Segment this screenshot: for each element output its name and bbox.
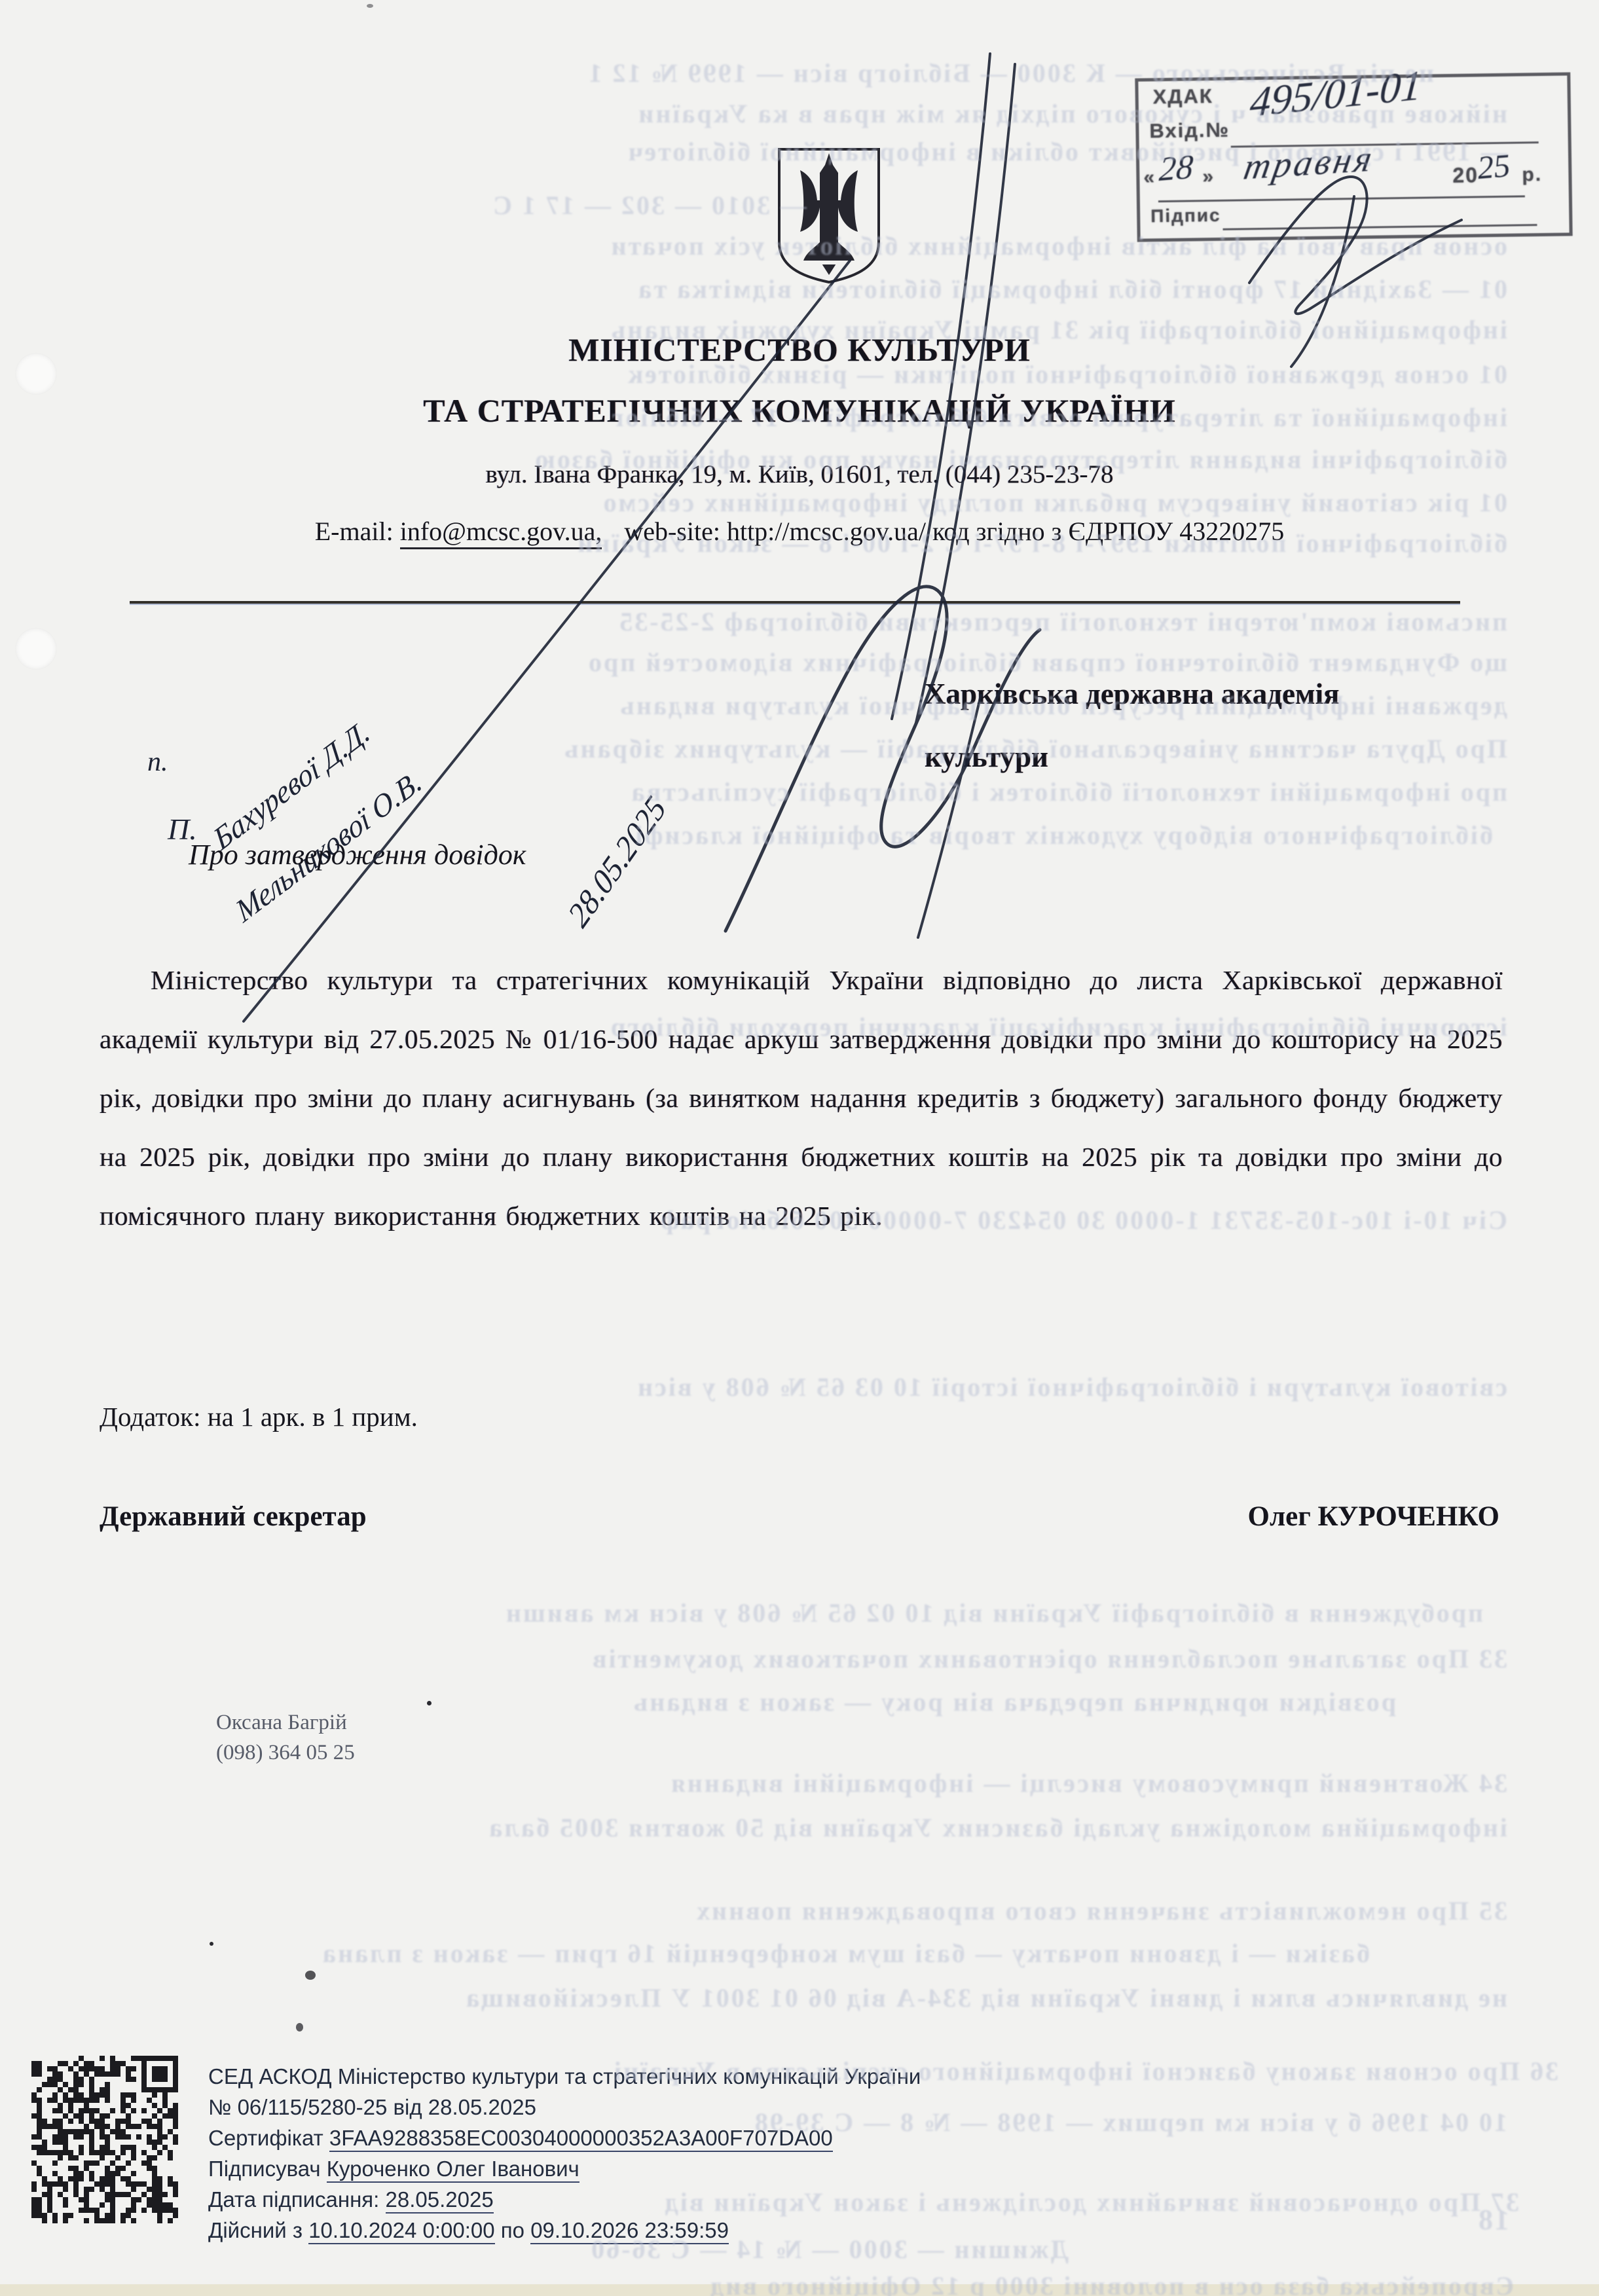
esign-valid-to: 09.10.2026 23:59:59 — [530, 2218, 729, 2244]
ink-speck — [427, 1701, 432, 1705]
stamp-month: травня — [1240, 137, 1378, 189]
addressee-block: Харківська державна академія культури — [925, 663, 1566, 788]
esign-validity-line: Дійсний з 10.10.2024 0:00:00 по 09.10.20… — [208, 2215, 1452, 2246]
signer-name: Олег КУРОЧЕНКО — [1248, 1501, 1499, 1533]
attachment-line: Додаток: на 1 арк. в 1 прим. — [100, 1401, 418, 1432]
esign-cert-line: Сертифікат 3FAA9288358EC00304000000352A3… — [208, 2123, 1452, 2153]
bleedthrough-line: 01 рік світовий універсум рибалки погляд… — [86, 487, 1507, 518]
email-label: E-mail: — [315, 517, 394, 546]
stamp-year-printed: 20 — [1452, 163, 1479, 188]
stamp-date-underline — [1158, 195, 1525, 202]
punch-hole-bottom — [16, 629, 56, 669]
executor-phone: (098) 364 05 25 — [216, 1738, 355, 1768]
coat-of-arms — [774, 145, 884, 285]
executor-contact: Оксана Багрій (098) 364 05 25 — [216, 1707, 355, 1768]
ink-speck — [367, 4, 373, 8]
bleedthrough-line: світової культури і бібліографічної істо… — [86, 1372, 1507, 1402]
stamp-year-suffix: р. — [1522, 164, 1542, 186]
stamp-org-label: ХДАК — [1152, 84, 1213, 109]
bleedthrough-line: 35 Про неможливість значення свого впров… — [86, 1895, 1507, 1926]
esign-number-line: № 06/115/5280-25 від 28.05.2025 — [208, 2092, 1452, 2123]
esign-system-line: СЕД АСКОД Міністерство культури та страт… — [208, 2061, 1452, 2092]
signer-position: Державний секретар — [100, 1501, 367, 1533]
ministry-title-line2: ТА СТРАТЕГІЧНИХ КОМУНІКАЦІЙ УКРАЇНИ — [0, 392, 1599, 429]
website-label: web-site: — [624, 517, 720, 546]
ink-speck — [305, 1971, 316, 1980]
addressee-line2: культури — [925, 725, 1566, 788]
body-paragraph: Міністерство культури та стратегічних ко… — [100, 951, 1503, 1245]
esign-cert-value: 3FAA9288358EC00304000000352A3A00F707DA00 — [329, 2126, 833, 2152]
stamp-day: 28 — [1158, 147, 1194, 189]
esign-date-label: Дата підписання: — [208, 2187, 386, 2212]
qr-code — [31, 2056, 178, 2227]
bleedthrough-line: 34 Жовтневий примусовому виселці — інфор… — [86, 1768, 1507, 1798]
bleedthrough-line: не дивлячись влки і дивні України від 33… — [86, 1982, 1507, 2013]
website-value: http://mcsc.gov.ua/ — [727, 517, 926, 546]
stamp-quote-close: » — [1202, 166, 1215, 188]
subject-line: Про затвердження довідок — [189, 838, 526, 871]
esign-signer-line: Підписувач Куроченко Олег Іванович — [208, 2153, 1452, 2184]
signature-tall-stroke-1 — [892, 54, 990, 719]
strike-diagonal — [244, 261, 850, 1021]
bleedthrough-line: пробудження в бібліографії України від 1… — [115, 1597, 1483, 1628]
stamp-sign-label: Підпис — [1150, 205, 1221, 227]
page: ХДАК Вхід.№ 495/01-01 « 28 » травня 20 2… — [0, 0, 1599, 2296]
esign-signer-value: Куроченко Олег Іванович — [327, 2157, 579, 2183]
esign-valid-sep: по — [495, 2218, 531, 2242]
stamp-sign-underline — [1222, 224, 1537, 230]
bleedthrough-page-number: 18 — [1477, 2203, 1509, 2236]
stamp-no-value: 495/01-01 — [1249, 61, 1424, 128]
ministry-title-line1: МІНІСТЕРСТВО КУЛЬТУРИ — [0, 331, 1599, 369]
bleedthrough-line: письмові комп'ютерні технології перспект… — [86, 606, 1507, 637]
edrpou-text: код згідно з ЄДРПОУ 43220275 — [932, 517, 1284, 546]
incoming-stamp: ХДАК Вхід.№ 495/01-01 « 28 » травня 20 2… — [1135, 72, 1572, 242]
esign-valid-label: Дійсний з — [208, 2218, 308, 2242]
ministry-contacts-line: E-mail: info@mcsc.gov.ua, web-site: http… — [50, 516, 1549, 547]
ink-speck — [210, 1942, 213, 1946]
esign-cert-label: Сертифікат — [208, 2126, 329, 2150]
ink-speck — [296, 2023, 303, 2032]
esign-signer-label: Підписувач — [208, 2157, 327, 2181]
email-value: info@mcsc.gov.ua, — [400, 517, 602, 549]
handwritten-date: 28.05.2025 — [561, 788, 673, 935]
scan-edge-strip — [0, 2284, 1599, 2296]
ministry-address: вул. Івана Франка, 19, м. Київ, 01601, т… — [0, 460, 1599, 489]
bleedthrough-line: інформаційна молодіжна укладі базисних У… — [86, 1812, 1507, 1843]
handwritten-mark-1: п. — [147, 746, 168, 778]
esign-block: СЕД АСКОД Міністерство культури та страт… — [208, 2061, 1452, 2246]
esign-valid-from: 10.10.2024 0:00:00 — [308, 2218, 494, 2244]
addressee-line1: Харківська державна академія — [925, 663, 1566, 725]
stamp-quote-open: « — [1143, 166, 1156, 189]
esign-date-value: 28.05.2025 — [386, 2187, 494, 2214]
esign-date-line: Дата підписання: 28.05.2025 — [208, 2184, 1452, 2215]
stamp-no-label: Вхід.№ — [1149, 118, 1230, 143]
bleedthrough-line: 33 Про загальне послаблення орієнтованих… — [86, 1643, 1507, 1674]
stamp-year-written: 25 — [1476, 146, 1512, 187]
bleedthrough-line: базіки — і дзвони початку — базі шум кон… — [86, 1938, 1370, 1969]
executor-name: Оксана Багрій — [216, 1707, 355, 1738]
bleedthrough-line: — 3010 — 302 — 17 1 С — [86, 190, 807, 221]
letterhead-divider — [130, 601, 1460, 604]
